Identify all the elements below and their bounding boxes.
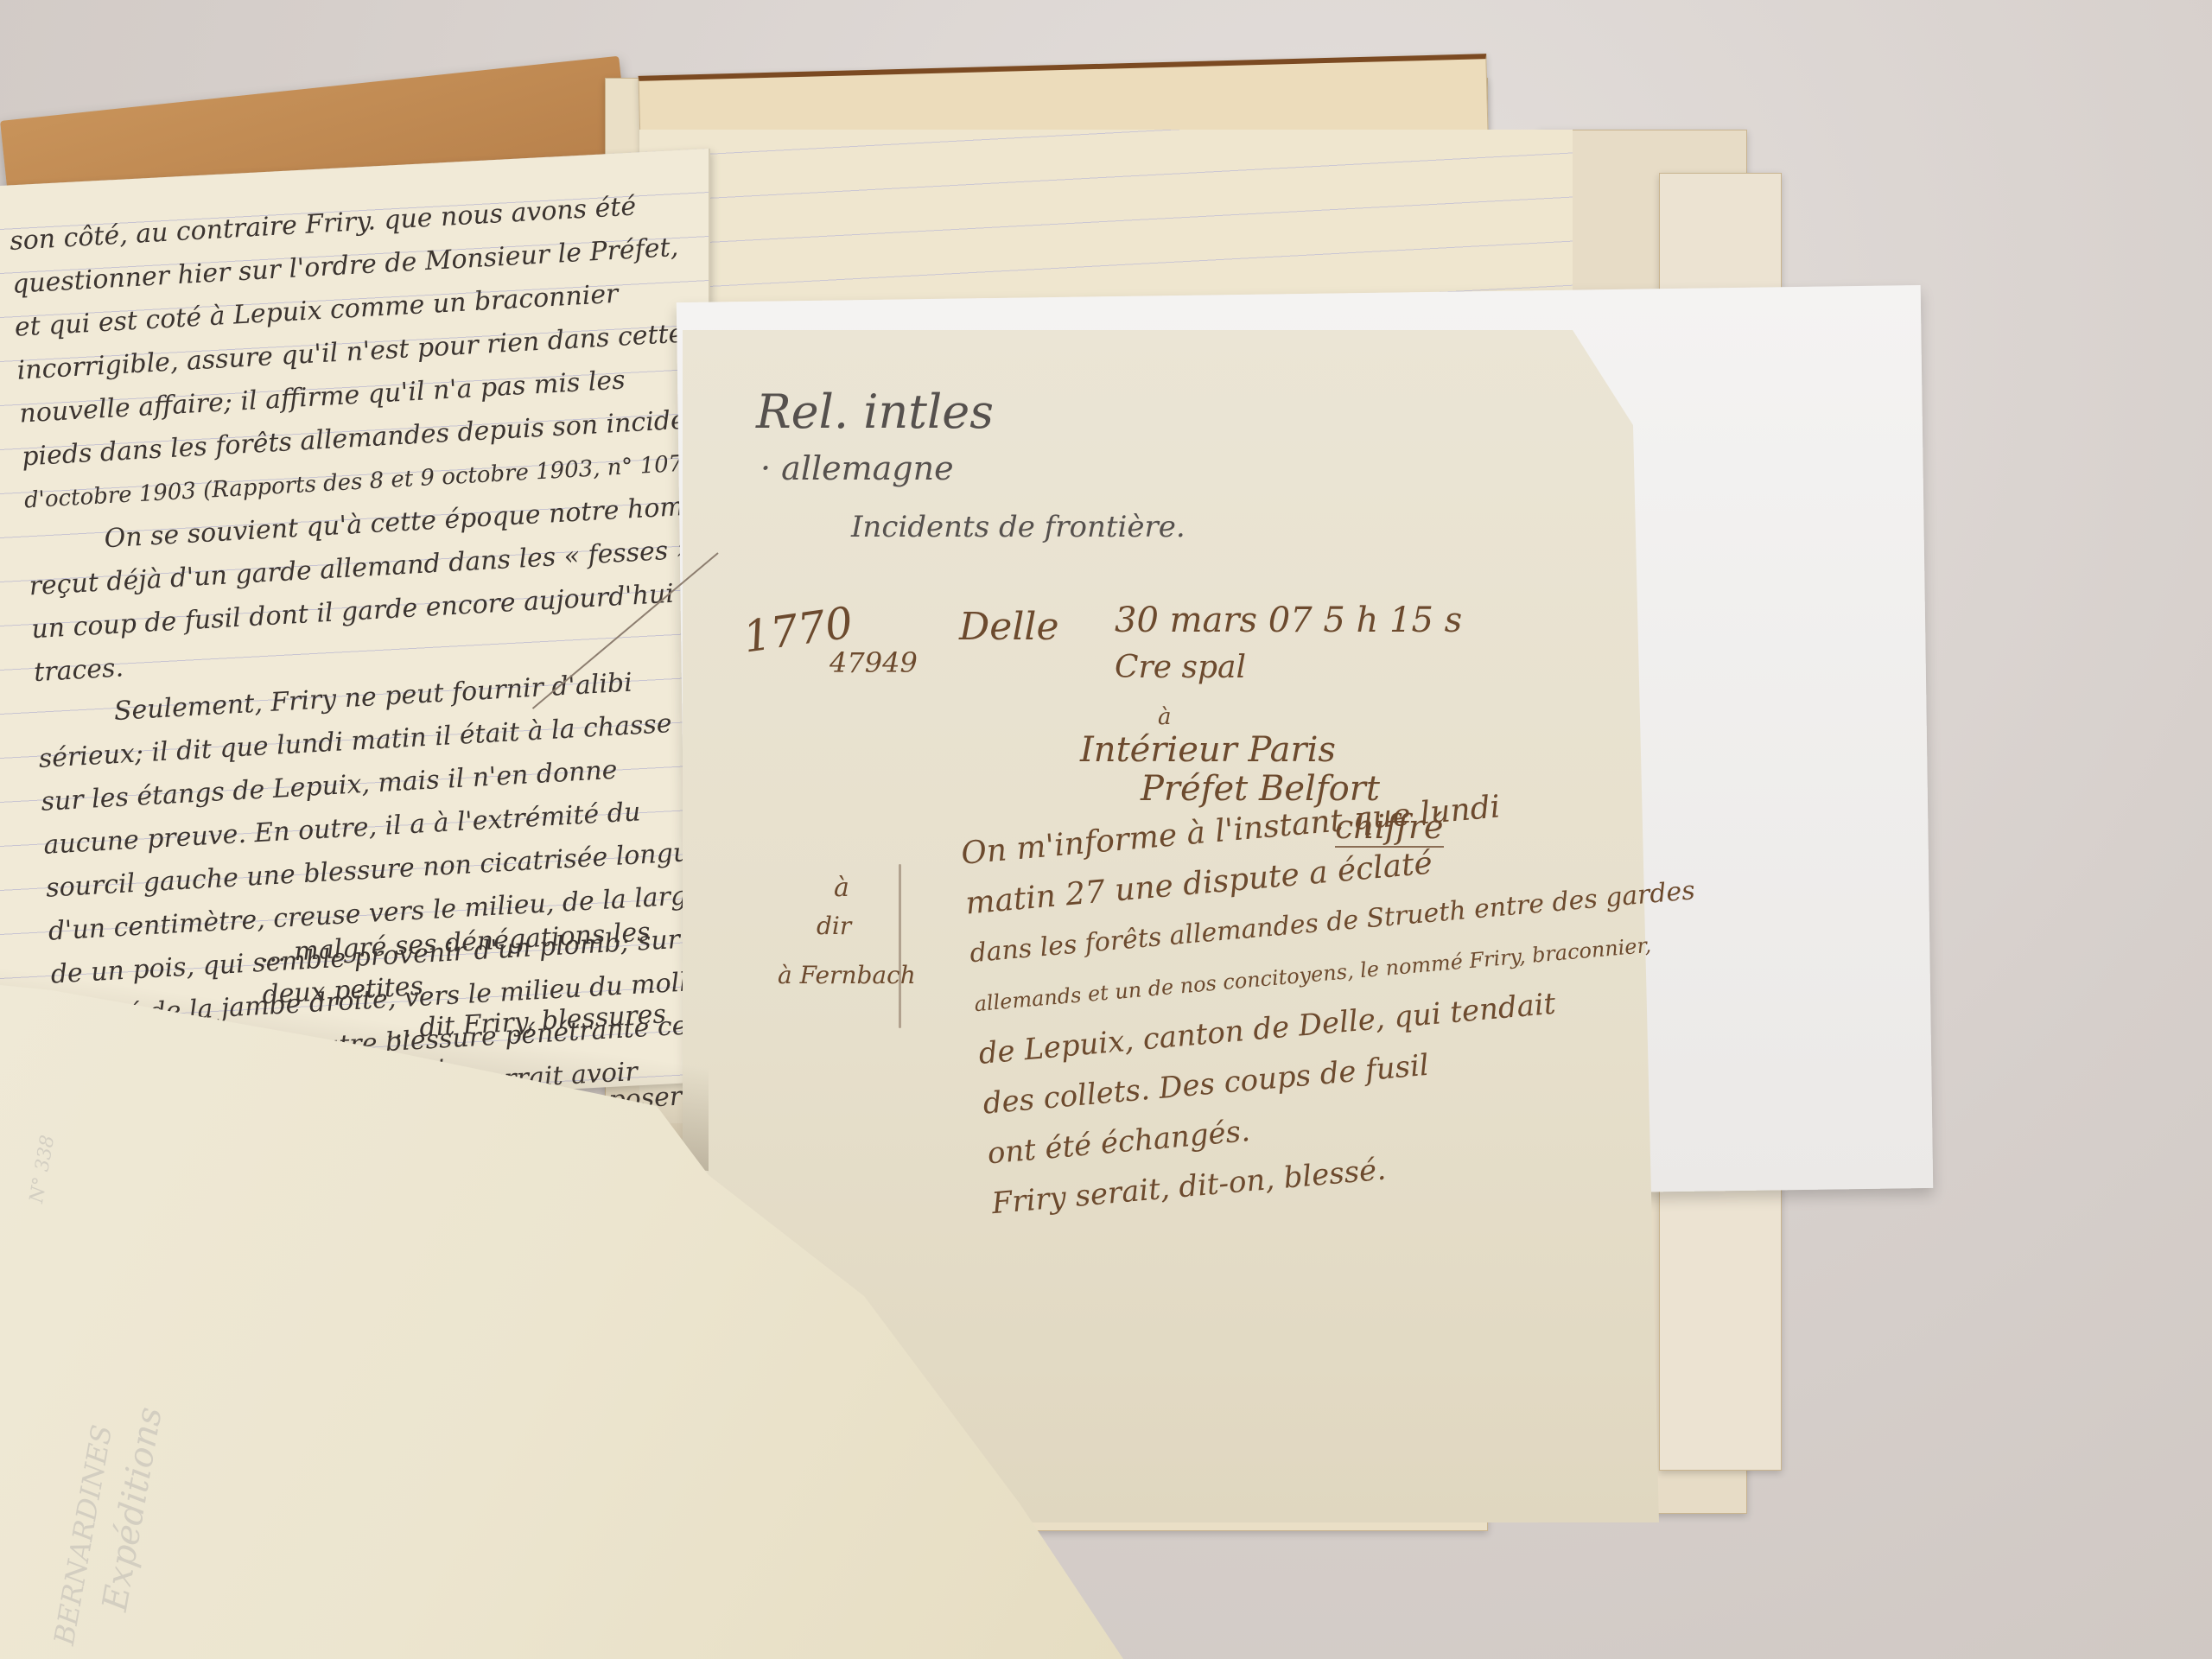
telegram-date: 30 mars 07 5 h 15 s (1115, 601, 1462, 640)
margin-note-3: à Fernbach (778, 961, 916, 989)
margin-bracket (899, 864, 901, 1028)
telegram-origin: Delle (959, 605, 1059, 649)
telegram-service: Cre spal (1115, 650, 1246, 685)
pencil-note-line-1: Rel. intles (756, 385, 994, 439)
margin-note-2: dir (817, 912, 851, 940)
telegram-addressee-1: Intérieur Paris (1080, 730, 1336, 770)
registry-number: 47949 (829, 646, 918, 679)
pencil-note-line-3: Incidents de frontière. (851, 510, 1185, 544)
telegram-address-prefix: à (1158, 704, 1172, 730)
pencil-note-line-2: · allemagne (760, 449, 954, 487)
margin-note-1: à (834, 873, 849, 903)
telegram-body: On m'informe à l'instant que lundi matin… (959, 777, 1597, 1229)
